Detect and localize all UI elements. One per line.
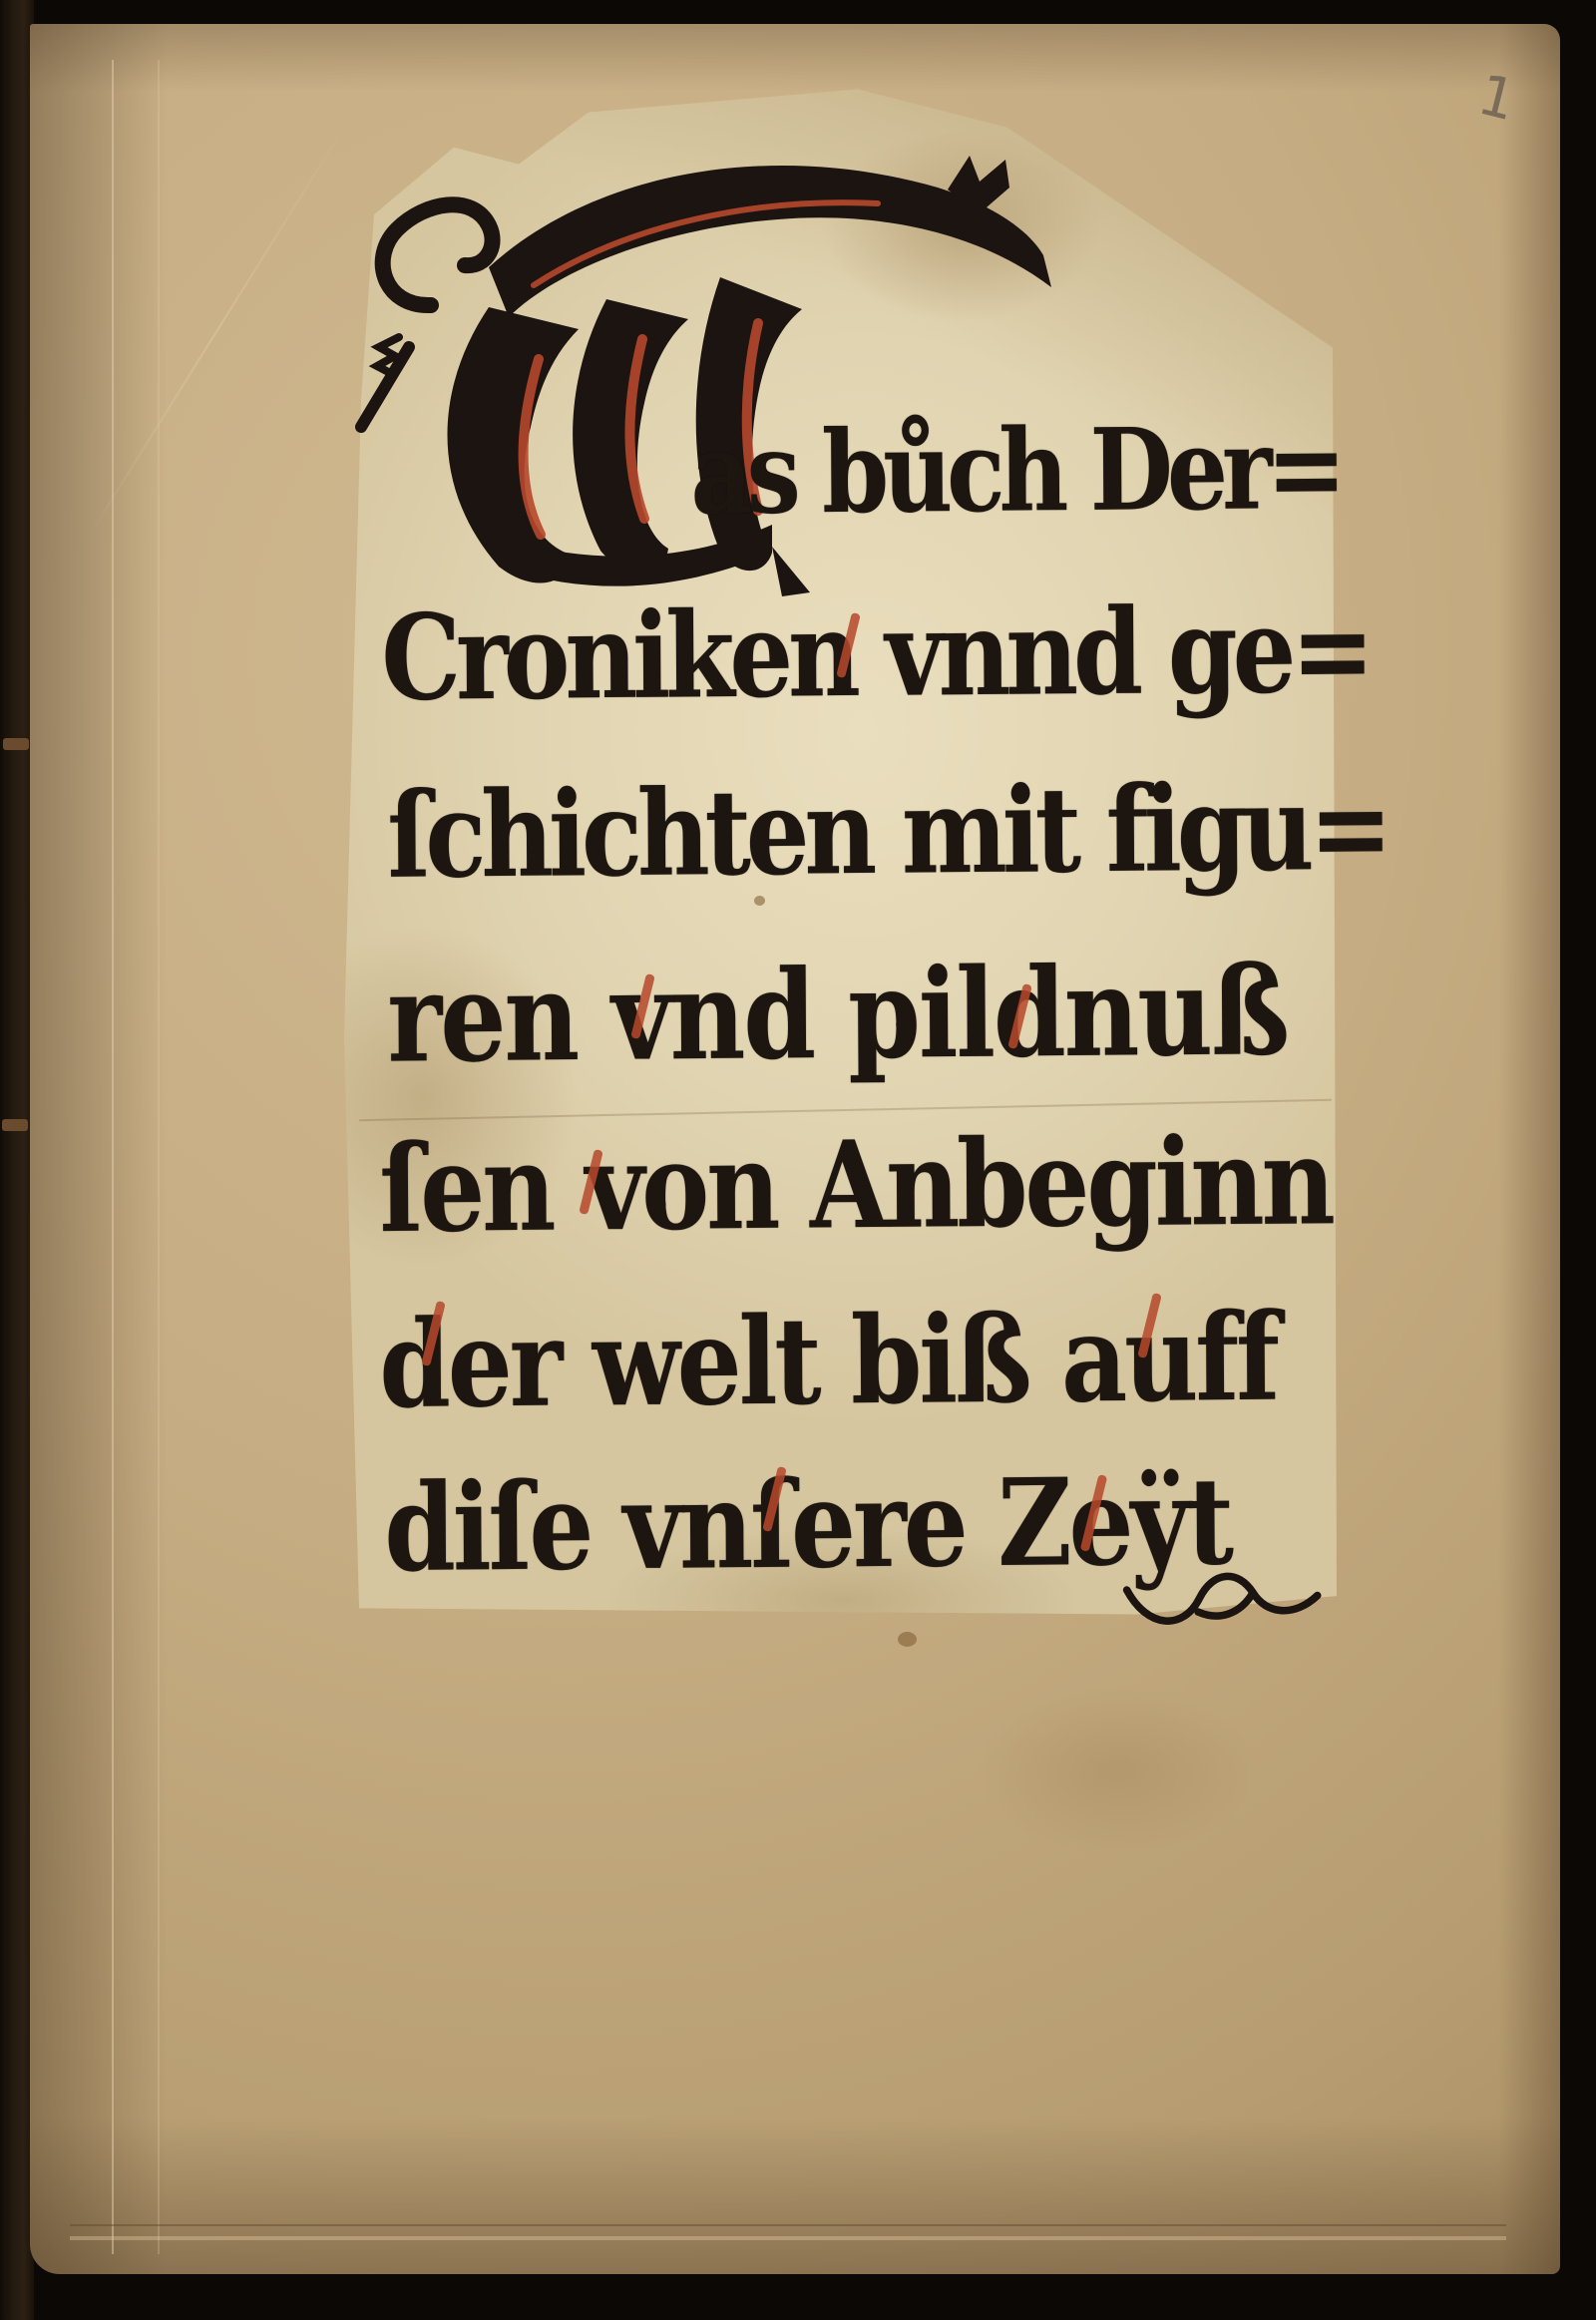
gutter-fold-line	[112, 60, 114, 2254]
page-stain	[978, 1686, 1257, 1855]
manuscript-line-3: ſchichten mit figu=	[387, 758, 1389, 905]
manuscript-line-7: diſe vnſere Zeÿt	[384, 1451, 1231, 1600]
sewing-support-mark	[3, 738, 29, 750]
under-leaf-edge	[70, 2236, 1506, 2240]
terminal-flourish	[1117, 1544, 1337, 1654]
gutter-fold-line	[158, 60, 160, 2254]
manuscript-line-5: ſen von Anbeginn	[379, 1111, 1333, 1260]
foxing-spot	[898, 1632, 917, 1647]
manuscript-line-2: Croniken vnnd ge=	[381, 580, 1370, 727]
manuscript-line-4: ren vnd pildnuß	[387, 939, 1288, 1091]
manuscript-line-6: der welt biß auff	[379, 1288, 1277, 1436]
book-binding-edge	[0, 0, 34, 2320]
sewing-support-mark	[2, 1119, 28, 1131]
manuscript-photo: as bůch Der= Croniken vnnd ge= ſchichten…	[0, 0, 1596, 2320]
manuscript-line-1: as bůch Der=	[690, 402, 1341, 541]
under-leaf-edge	[70, 2224, 1506, 2226]
